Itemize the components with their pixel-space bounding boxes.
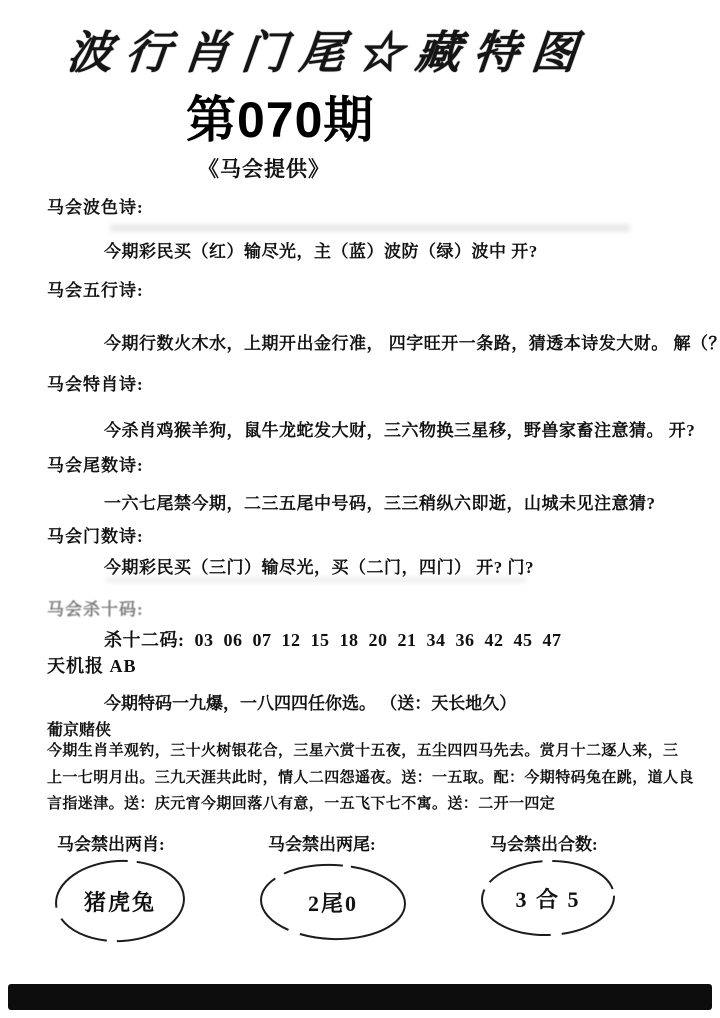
tianji-poem: 今期特码一九爆，一八四四任你选。 （送：天长地久） <box>104 689 516 714</box>
kill-numbers-line: 杀十二码: 03 06 07 12 15 18 20 21 34 36 42 4… <box>104 626 562 652</box>
forbidden-zodiac-circle: 猪虎兔 <box>50 856 190 946</box>
section-heading-wuxing: 马会五行诗: <box>47 276 144 301</box>
section-poem-menshu: 今期彩民买（三门）输尽光，买（二门，四门） 开? 门? <box>104 553 534 578</box>
pujing-line-1: 今期生肖羊观钓，三十火树银花合，三星六赏十五夜，五尘四四马先去。赏月十二逐人来，… <box>47 739 678 760</box>
pujing-line-3: 言指迷津。送：庆元宵今期回落八有意，一五飞下七不寓。送：二开一四定 <box>47 792 555 813</box>
forbidden-zodiac-value: 猪虎兔 <box>84 886 156 917</box>
forbidden-tail-circle: 2尾0 <box>256 860 410 944</box>
section-heading-texiao: 马会特肖诗: <box>47 370 144 395</box>
section-heading-menshu: 马会门数诗: <box>47 522 144 547</box>
scan-artifact <box>106 577 526 583</box>
provider-label: 《马会提供》 <box>198 153 330 183</box>
section-heading-bose: 马会波色诗: <box>47 193 144 218</box>
section-heading-weishu: 马会尾数诗: <box>47 451 144 476</box>
section-poem-texiao: 今杀肖鸡猴羊狗，鼠牛龙蛇发大财，三六物换三星移，野兽家畜注意猜。 开? <box>104 416 695 441</box>
forbidden-tail-heading: 马会禁出两尾: <box>268 830 376 855</box>
section-heading-shashima: 马会杀十码: <box>47 595 144 620</box>
page-title: 波行肖门尾☆藏特图 <box>65 16 594 81</box>
section-poem-bose: 今期彩民买（红）输尽光，主（蓝）波防（绿）波中 开? <box>104 237 538 262</box>
scan-artifact <box>110 224 630 232</box>
forbidden-tail-value: 2尾0 <box>308 887 358 918</box>
issue-number: 第070期 <box>186 80 374 152</box>
tianji-heading: 天机报 AB <box>47 652 137 678</box>
forbidden-sum-circle: 3 合 5 <box>476 856 620 940</box>
scanned-lottery-sheet: 波行肖门尾☆藏特图 第070期 《马会提供》 马会波色诗: 今期彩民买（红）输尽… <box>0 0 720 1018</box>
section-poem-weishu: 一六七尾禁今期，二三五尾中号码，三三稍纵六即逝，山城未见注意猜? <box>104 489 656 514</box>
bottom-black-bar <box>8 984 712 1010</box>
pujing-line-2: 上一七明月出。三九天涯共此时，情人二四怨遥夜。送：一五取。配：今期特码兔在跳，道… <box>47 766 694 787</box>
section-poem-wuxing: 今期行数火木水，上期开出金行准， 四字旺开一条路，猜透本诗发大财。 解（？） <box>104 329 720 354</box>
forbidden-zodiac-heading: 马会禁出两肖: <box>57 830 165 855</box>
pujing-heading: 葡京赌侠 <box>47 717 111 740</box>
forbidden-sum-value: 3 合 5 <box>515 883 580 914</box>
forbidden-sum-heading: 马会禁出合数: <box>490 830 598 855</box>
